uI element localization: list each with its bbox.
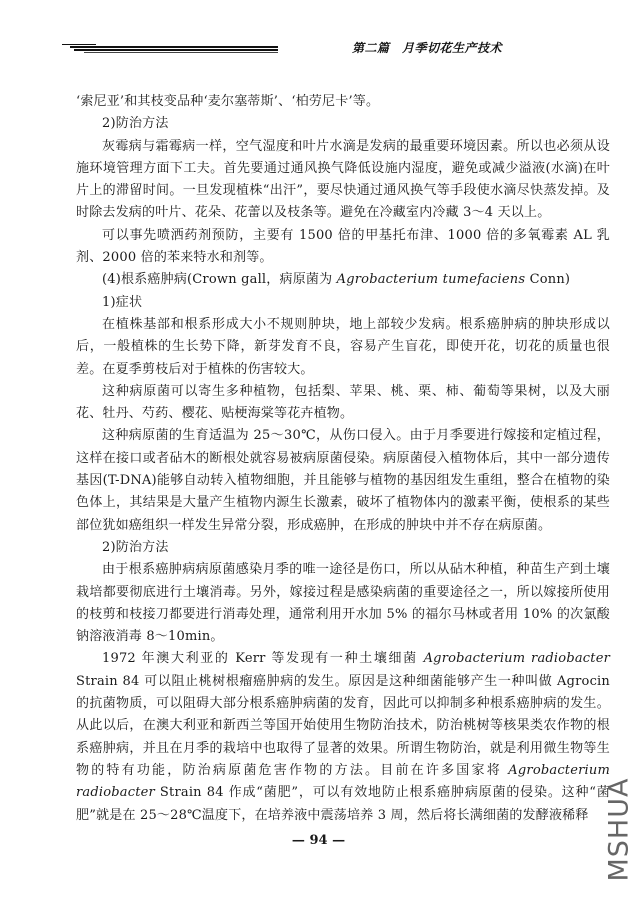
paragraph-gray-mold-control: 灰霉病与霜霉病一样，空气湿度和叶片水滴是发病的最重要环境因素。所以也必须从设施环… bbox=[76, 136, 610, 225]
header-rules-decoration bbox=[60, 44, 278, 58]
latin-name: Agrobacterium tumefaciens bbox=[337, 272, 526, 287]
paragraph-chemical-prevention: 可以事先喷洒药剂预防，主要有 1500 倍的甲基托布津、1000 倍的多氧霉素 … bbox=[76, 225, 610, 270]
paragraph-cultivars: ‘索尼亚’和其枝变品种‘麦尔塞蒂斯’、‘柏劳尼卡’等。 bbox=[76, 91, 610, 113]
watermark-text: MSHUA bbox=[604, 775, 635, 885]
paragraph-biological-control: 1972 年澳大利亚的 Kerr 等发现有一种土壤细菌 Agrobacteriu… bbox=[76, 648, 610, 826]
latin-name: Agrobacterium radiobacter bbox=[424, 651, 610, 666]
heading-crown-gall-pre: (4)根系癌肿病(Crown gall，病原菌为 bbox=[102, 272, 337, 287]
watermark: MSHUA bbox=[598, 770, 634, 890]
page-body: ‘索尼亚’和其枝变品种‘麦尔塞蒂斯’、‘柏劳尼卡’等。 2)防治方法 灰霉病与霜… bbox=[76, 91, 610, 827]
page-header: 第二篇 月季切花生产技术 bbox=[60, 36, 580, 60]
running-head: 第二篇 月季切花生产技术 bbox=[352, 39, 502, 56]
subheading-control-methods: 2)防治方法 bbox=[76, 113, 610, 135]
paragraph-symptoms: 在植株基部和根系形成大小不规则肿块，地上部较少发病。根系癌肿病的肿块形成以后，一… bbox=[76, 314, 610, 381]
heading-crown-gall-post: Conn) bbox=[525, 272, 570, 287]
subheading-control-methods-2: 2)防治方法 bbox=[76, 537, 610, 559]
heading-crown-gall: (4)根系癌肿病(Crown gall，病原菌为 Agrobacterium t… bbox=[76, 269, 610, 291]
biocontrol-post: Strain 84 作成“菌肥”，可以有效地防止根系癌肿病原菌的侵染。这种“菌肥… bbox=[76, 785, 610, 822]
paragraph-pathogen-biology: 这种病原菌的生育适温为 25～30℃，从伤口侵入。由于月季要进行嫁接和定植过程，… bbox=[76, 425, 610, 536]
paragraph-hosts: 这种病原菌可以寄生多种植物，包括梨、苹果、桃、栗、柿、葡萄等果树，以及大丽花、牡… bbox=[76, 381, 610, 426]
subheading-symptoms: 1)症状 bbox=[76, 292, 610, 314]
page-number: — 94 — bbox=[0, 833, 637, 848]
paragraph-disinfection: 由于根系癌肿病病原菌感染月季的唯一途径是伤口，所以从砧木种植，种苗生产到土壤栽培… bbox=[76, 559, 610, 648]
biocontrol-pre: 1972 年澳大利亚的 Kerr 等发现有一种土壤细菌 bbox=[102, 651, 424, 666]
